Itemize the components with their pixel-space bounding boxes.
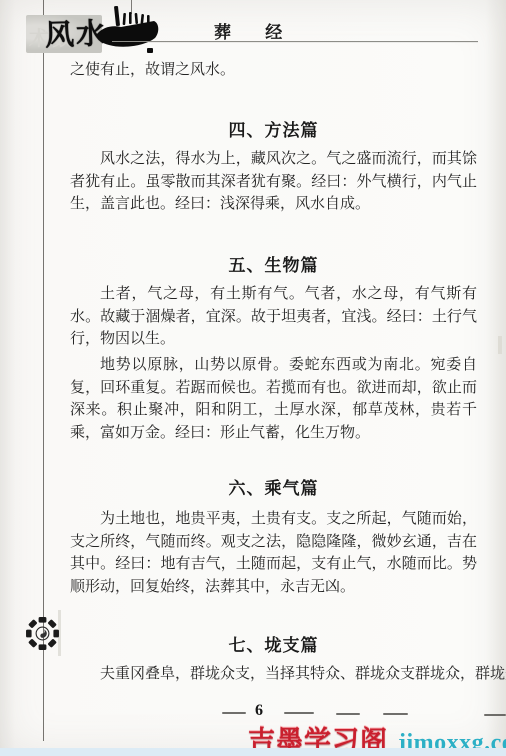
footer-dash <box>383 713 408 715</box>
bagua-icon <box>25 616 60 651</box>
section-heading-ridges: 七、垅支篇 <box>70 631 477 656</box>
scan-bottom-strip <box>0 748 506 756</box>
footer-dash <box>284 712 314 714</box>
footer-dash <box>222 712 246 714</box>
scanned-book-page: 术数 风水 葬 经 之使有止，故谓之风水。 四、方法篇 风水之法，得水为上，藏风… <box>0 0 506 756</box>
header-rule <box>112 41 478 42</box>
section-heading-riding-qi: 六、乘气篇 <box>70 474 477 499</box>
continuation-line: 之使有止，故谓之风水。 <box>70 59 477 82</box>
chapter-title: 葬 经 <box>214 18 284 43</box>
section-living-paragraph-1: 土者，气之母，有土斯有气。气者，水之母，有气斯有水。故藏于涸燥者，宜深。故于坦夷… <box>70 283 477 351</box>
scan-artifact <box>498 336 502 354</box>
section-method-paragraph: 风水之法，得水为上，藏风次之。气之盛而流行，而其馀者犹有止。虽零散而其深者犹有聚… <box>70 148 477 216</box>
footer-dash <box>336 713 360 715</box>
section-riding-qi-paragraph: 为土地也，地贵平夷，土贵有支。支之所起，气随而始，支之所终，气随而终。观支之法，… <box>70 508 477 598</box>
section-heading-method: 四、方法篇 <box>70 116 477 141</box>
section-living-paragraph-2: 地势以原脉，山势以原骨。委蛇东西或为南北。宛委自复，回环重复。若踞而候也。若揽而… <box>70 354 477 444</box>
ink-boat-logo-icon <box>94 4 162 56</box>
section-ridges-paragraph: 夫重冈叠阜，群垅众支，当择其特众、群垅众支群垅众，群垅众ـ 群 <box>70 663 506 686</box>
section-heading-living: 五、生物篇 <box>70 251 477 276</box>
page-number: 6 <box>255 702 263 720</box>
footer-dash <box>484 714 506 716</box>
